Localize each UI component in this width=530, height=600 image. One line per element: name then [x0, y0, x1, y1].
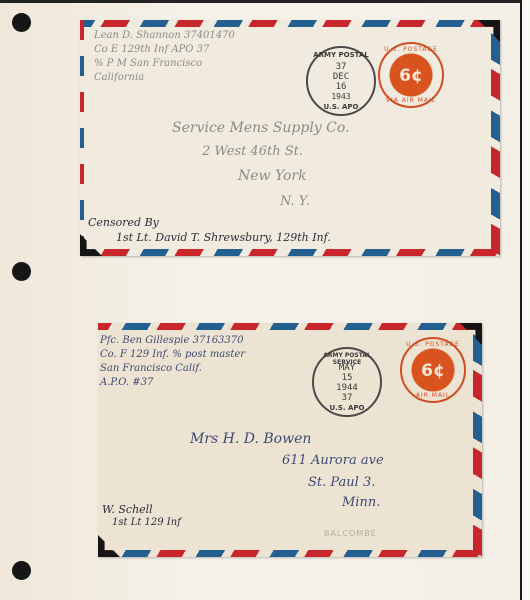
recipient-line-3: St. Paul 3.	[308, 475, 375, 490]
faint-pencil-mark: BALCOMBE	[324, 529, 377, 538]
recipient-line-2: 611 Aurora ave	[282, 453, 384, 468]
airmail-border-left	[80, 20, 84, 256]
recipient-line-3: New York	[238, 168, 307, 184]
airmail-border-bottom	[98, 550, 482, 557]
stamp-bottom-text: VIA AIR MAIL	[380, 97, 442, 104]
stamp-denomination: 6¢	[402, 361, 464, 381]
censor-line-1: Censored By	[88, 216, 159, 229]
recipient-line-1: Service Mens Supply Co.	[172, 120, 350, 136]
censor-line-2: 1st Lt. David T. Shrewsbury, 129th Inf.	[116, 231, 331, 244]
censor-line-2: 1st Lt 129 Inf	[112, 517, 181, 528]
postmark-line: 1943	[308, 92, 374, 102]
recipient-line-2: 2 West 46th St.	[202, 144, 303, 159]
return-address-line-2: Co E 129th Inf APO 37	[94, 44, 209, 55]
postmark-line: DEC	[308, 72, 374, 82]
postmark-bottom-text: U.S. APO	[314, 404, 380, 412]
airmail-border-top	[80, 20, 500, 27]
page-top-edge	[0, 0, 530, 3]
photo-corner-bottom-left	[80, 234, 102, 256]
stamp-top-text: U.S. POSTAGE	[380, 46, 442, 53]
stamp-bottom-text: AIR MAIL	[402, 392, 464, 399]
envelope-1: Lean D. Shannon 37401470 Co E 129th Inf …	[80, 20, 500, 256]
return-address-line-1: Pfc. Ben Gillespie 37163370	[100, 335, 244, 346]
postmark-line: 15	[314, 373, 380, 383]
airmail-border-top	[98, 323, 482, 330]
binder-hole-bottom	[12, 561, 31, 580]
postmark-line: 16	[308, 82, 374, 92]
postmark-line: 37	[314, 393, 380, 403]
recipient-line-4: Minn.	[342, 495, 380, 510]
postmark-line: 37	[308, 62, 374, 72]
postmark-top-text: ARMY POSTAL	[308, 51, 374, 59]
airmail-border-right	[473, 323, 482, 557]
envelope-2: Pfc. Ben Gillespie 37163370 Co. F 129 In…	[98, 323, 482, 557]
postmark: ARMY POSTAL SERVICE MAY 15 1944 37 U.S. …	[312, 347, 382, 417]
censor-line-1: W. Schell	[102, 503, 153, 516]
postmark-bottom-text: U.S. APO	[308, 103, 374, 111]
recipient-line-1: Mrs H. D. Bowen	[190, 431, 311, 447]
stamp-denomination: 6¢	[380, 66, 442, 86]
postmark: ARMY POSTAL 37 DEC 16 1943 U.S. APO	[306, 46, 376, 116]
page-right-edge	[520, 0, 530, 600]
return-address-line-3: % P M San Francisco	[94, 58, 202, 69]
postmark-line: 1944	[314, 383, 380, 393]
airmail-border-bottom	[80, 249, 500, 256]
return-address-line-1: Lean D. Shannon 37401470	[94, 30, 235, 41]
recipient-line-4: N. Y.	[280, 194, 310, 209]
binder-hole-top	[12, 13, 31, 32]
airmail-stamp: U.S. POSTAGE 6¢ AIR MAIL	[400, 337, 466, 403]
return-address-line-3: San Francisco Calif.	[100, 363, 202, 374]
return-address-line-4: California	[94, 72, 144, 83]
return-address-line-2: Co. F 129 Inf. % post master	[100, 349, 245, 360]
airmail-stamp: U.S. POSTAGE 6¢ VIA AIR MAIL	[378, 42, 444, 108]
stamp-top-text: U.S. POSTAGE	[402, 341, 464, 348]
airmail-border-right	[491, 20, 500, 256]
postmark-line: MAY	[314, 363, 380, 373]
return-address-line-4: A.P.O. #37	[100, 377, 153, 388]
binder-hole-middle	[12, 262, 31, 281]
photo-corner-bottom-left	[98, 535, 120, 557]
